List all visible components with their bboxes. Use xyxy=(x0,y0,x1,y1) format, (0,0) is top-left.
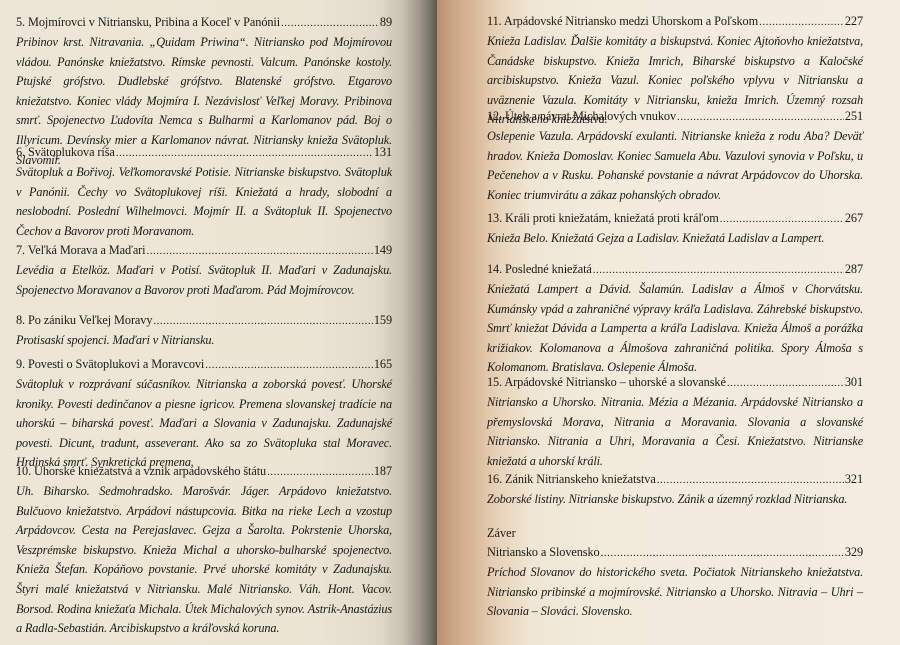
dot-leader xyxy=(759,13,844,32)
toc-entry-15: 15. Arpádovské Nitriansko – uhorské a sl… xyxy=(487,373,863,471)
right-page: 11. Arpádovské Nitriansko medzi Uhorskom… xyxy=(437,0,900,645)
chapter-title: 9. Povesti o Svätoplukovi a Moravcovi xyxy=(16,355,204,374)
chapter-title: 12. Útek a návrat Michalových vnukov xyxy=(487,107,676,126)
chapter-title: 8. Po zániku Veľkej Moravy xyxy=(16,311,152,330)
dot-leader xyxy=(147,242,373,261)
chapter-title: 13. Králi proti kniežatám, kniežatá prot… xyxy=(487,209,719,228)
chapter-title: 10. Uhorské kniežatstvá a vznik arpádovs… xyxy=(16,462,266,481)
toc-entry-12: 12. Útek a návrat Michalových vnukov 251… xyxy=(487,107,863,205)
page-number: 187 xyxy=(374,462,392,481)
page-number: 227 xyxy=(845,12,863,31)
dot-leader xyxy=(116,144,373,163)
dot-leader xyxy=(720,210,844,229)
chapter-title: 7. Veľká Morava a Maďari xyxy=(16,241,146,260)
dot-leader xyxy=(727,374,844,393)
chapter-summary: Oslepenie Vazula. Arpádovskí exulanti. N… xyxy=(487,127,863,205)
page-number: 301 xyxy=(845,373,863,392)
chapter-title: 11. Arpádovské Nitriansko medzi Uhorskom… xyxy=(487,12,758,31)
chapter-summary: Levédia a Etelköz. Maďari v Potisí. Svät… xyxy=(16,261,392,300)
chapter-summary: Kniežatá Lampert a Dávid. Šalamún. Ladis… xyxy=(487,280,863,378)
dot-leader xyxy=(205,356,373,375)
chapter-title: 5. Mojmírovci v Nitriansku, Pribina a Ko… xyxy=(16,13,280,32)
chapter-title: 16. Zánik Nitrianskeho kniežatstva xyxy=(487,470,656,489)
page-number: 159 xyxy=(374,311,392,330)
dot-leader xyxy=(657,471,844,490)
chapter-title: Nitriansko a Slovensko xyxy=(487,543,600,562)
chapter-heading: 15. Arpádovské Nitriansko – uhorské a sl… xyxy=(487,373,863,393)
chapter-summary: Nitriansko a Uhorsko. Nitrania. Mézia a … xyxy=(487,393,863,471)
dot-leader xyxy=(267,463,373,482)
page-number: 321 xyxy=(845,470,863,489)
dot-leader xyxy=(677,108,844,127)
conclusion-label: Záver xyxy=(487,524,863,543)
chapter-title: 6. Svätoplukova ríša xyxy=(16,143,115,162)
toc-entry-6: 6. Svätoplukova ríša 131 Svätopluk a Boř… xyxy=(16,143,392,241)
chapter-heading: Nitriansko a Slovensko 329 xyxy=(487,543,863,563)
dot-leader xyxy=(601,544,844,563)
chapter-summary: Svätopluk v rozprávaní súčasníkov. Nitri… xyxy=(16,375,392,473)
chapter-summary: Zoborské listiny. Nitrianske biskupstvo.… xyxy=(487,490,863,510)
dot-leader xyxy=(281,14,379,33)
toc-entry-14: 14. Posledné kniežatá 287 Kniežatá Lampe… xyxy=(487,260,863,378)
toc-entry-10: 10. Uhorské kniežatstvá a vznik arpádovs… xyxy=(16,462,392,639)
chapter-heading: 7. Veľká Morava a Maďari 149 xyxy=(16,241,392,261)
page-number: 267 xyxy=(845,209,863,228)
dot-leader xyxy=(153,312,372,331)
chapter-summary: Príchod Slovanov do historického sveta. … xyxy=(487,563,863,622)
chapter-heading: 5. Mojmírovci v Nitriansku, Pribina a Ko… xyxy=(16,13,392,33)
page-number: 89 xyxy=(380,13,392,32)
toc-entry-13: 13. Králi proti kniežatám, kniežatá prot… xyxy=(487,209,863,249)
chapter-title: 14. Posledné kniežatá xyxy=(487,260,592,279)
chapter-heading: 9. Povesti o Svätoplukovi a Moravcovi 16… xyxy=(16,355,392,375)
toc-entry-8: 8. Po zániku Veľkej Moravy 159 Protisask… xyxy=(16,311,392,351)
page-number: 329 xyxy=(845,543,863,562)
chapter-heading: 11. Arpádovské Nitriansko medzi Uhorskom… xyxy=(487,12,863,32)
chapter-heading: 8. Po zániku Veľkej Moravy 159 xyxy=(16,311,392,331)
page-number: 287 xyxy=(845,260,863,279)
chapter-heading: 6. Svätoplukova ríša 131 xyxy=(16,143,392,163)
chapter-heading: 13. Králi proti kniežatám, kniežatá prot… xyxy=(487,209,863,229)
left-page: 5. Mojmírovci v Nitriansku, Pribina a Ko… xyxy=(0,0,437,645)
toc-entry-9: 9. Povesti o Svätoplukovi a Moravcovi 16… xyxy=(16,355,392,473)
chapter-heading: 10. Uhorské kniežatstvá a vznik arpádovs… xyxy=(16,462,392,482)
page-number: 251 xyxy=(845,107,863,126)
chapter-summary: Protisaskí spojenci. Maďari v Nitriansku… xyxy=(16,331,392,351)
page-number: 149 xyxy=(374,241,392,260)
chapter-heading: 12. Útek a návrat Michalových vnukov 251 xyxy=(487,107,863,127)
page-number: 131 xyxy=(374,143,392,162)
chapter-summary: Knieža Belo. Kniežatá Gejza a Ladislav. … xyxy=(487,229,863,249)
chapter-summary: Svätopluk a Bořivoj. Veľkomoravské Potis… xyxy=(16,163,392,241)
dot-leader xyxy=(593,261,844,280)
toc-entry-conclusion: Záver Nitriansko a Slovensko 329 Príchod… xyxy=(487,524,863,622)
chapter-title: 15. Arpádovské Nitriansko – uhorské a sl… xyxy=(487,373,726,392)
chapter-summary: Uh. Biharsko. Sedmohradsko. Marošvár. Já… xyxy=(16,482,392,639)
chapter-heading: 14. Posledné kniežatá 287 xyxy=(487,260,863,280)
book-spread: 5. Mojmírovci v Nitriansku, Pribina a Ko… xyxy=(0,0,900,645)
toc-entry-7: 7. Veľká Morava a Maďari 149 Levédia a E… xyxy=(16,241,392,300)
chapter-heading: 16. Zánik Nitrianskeho kniežatstva 321 xyxy=(487,470,863,490)
toc-entry-16: 16. Zánik Nitrianskeho kniežatstva 321 Z… xyxy=(487,470,863,510)
page-number: 165 xyxy=(374,355,392,374)
